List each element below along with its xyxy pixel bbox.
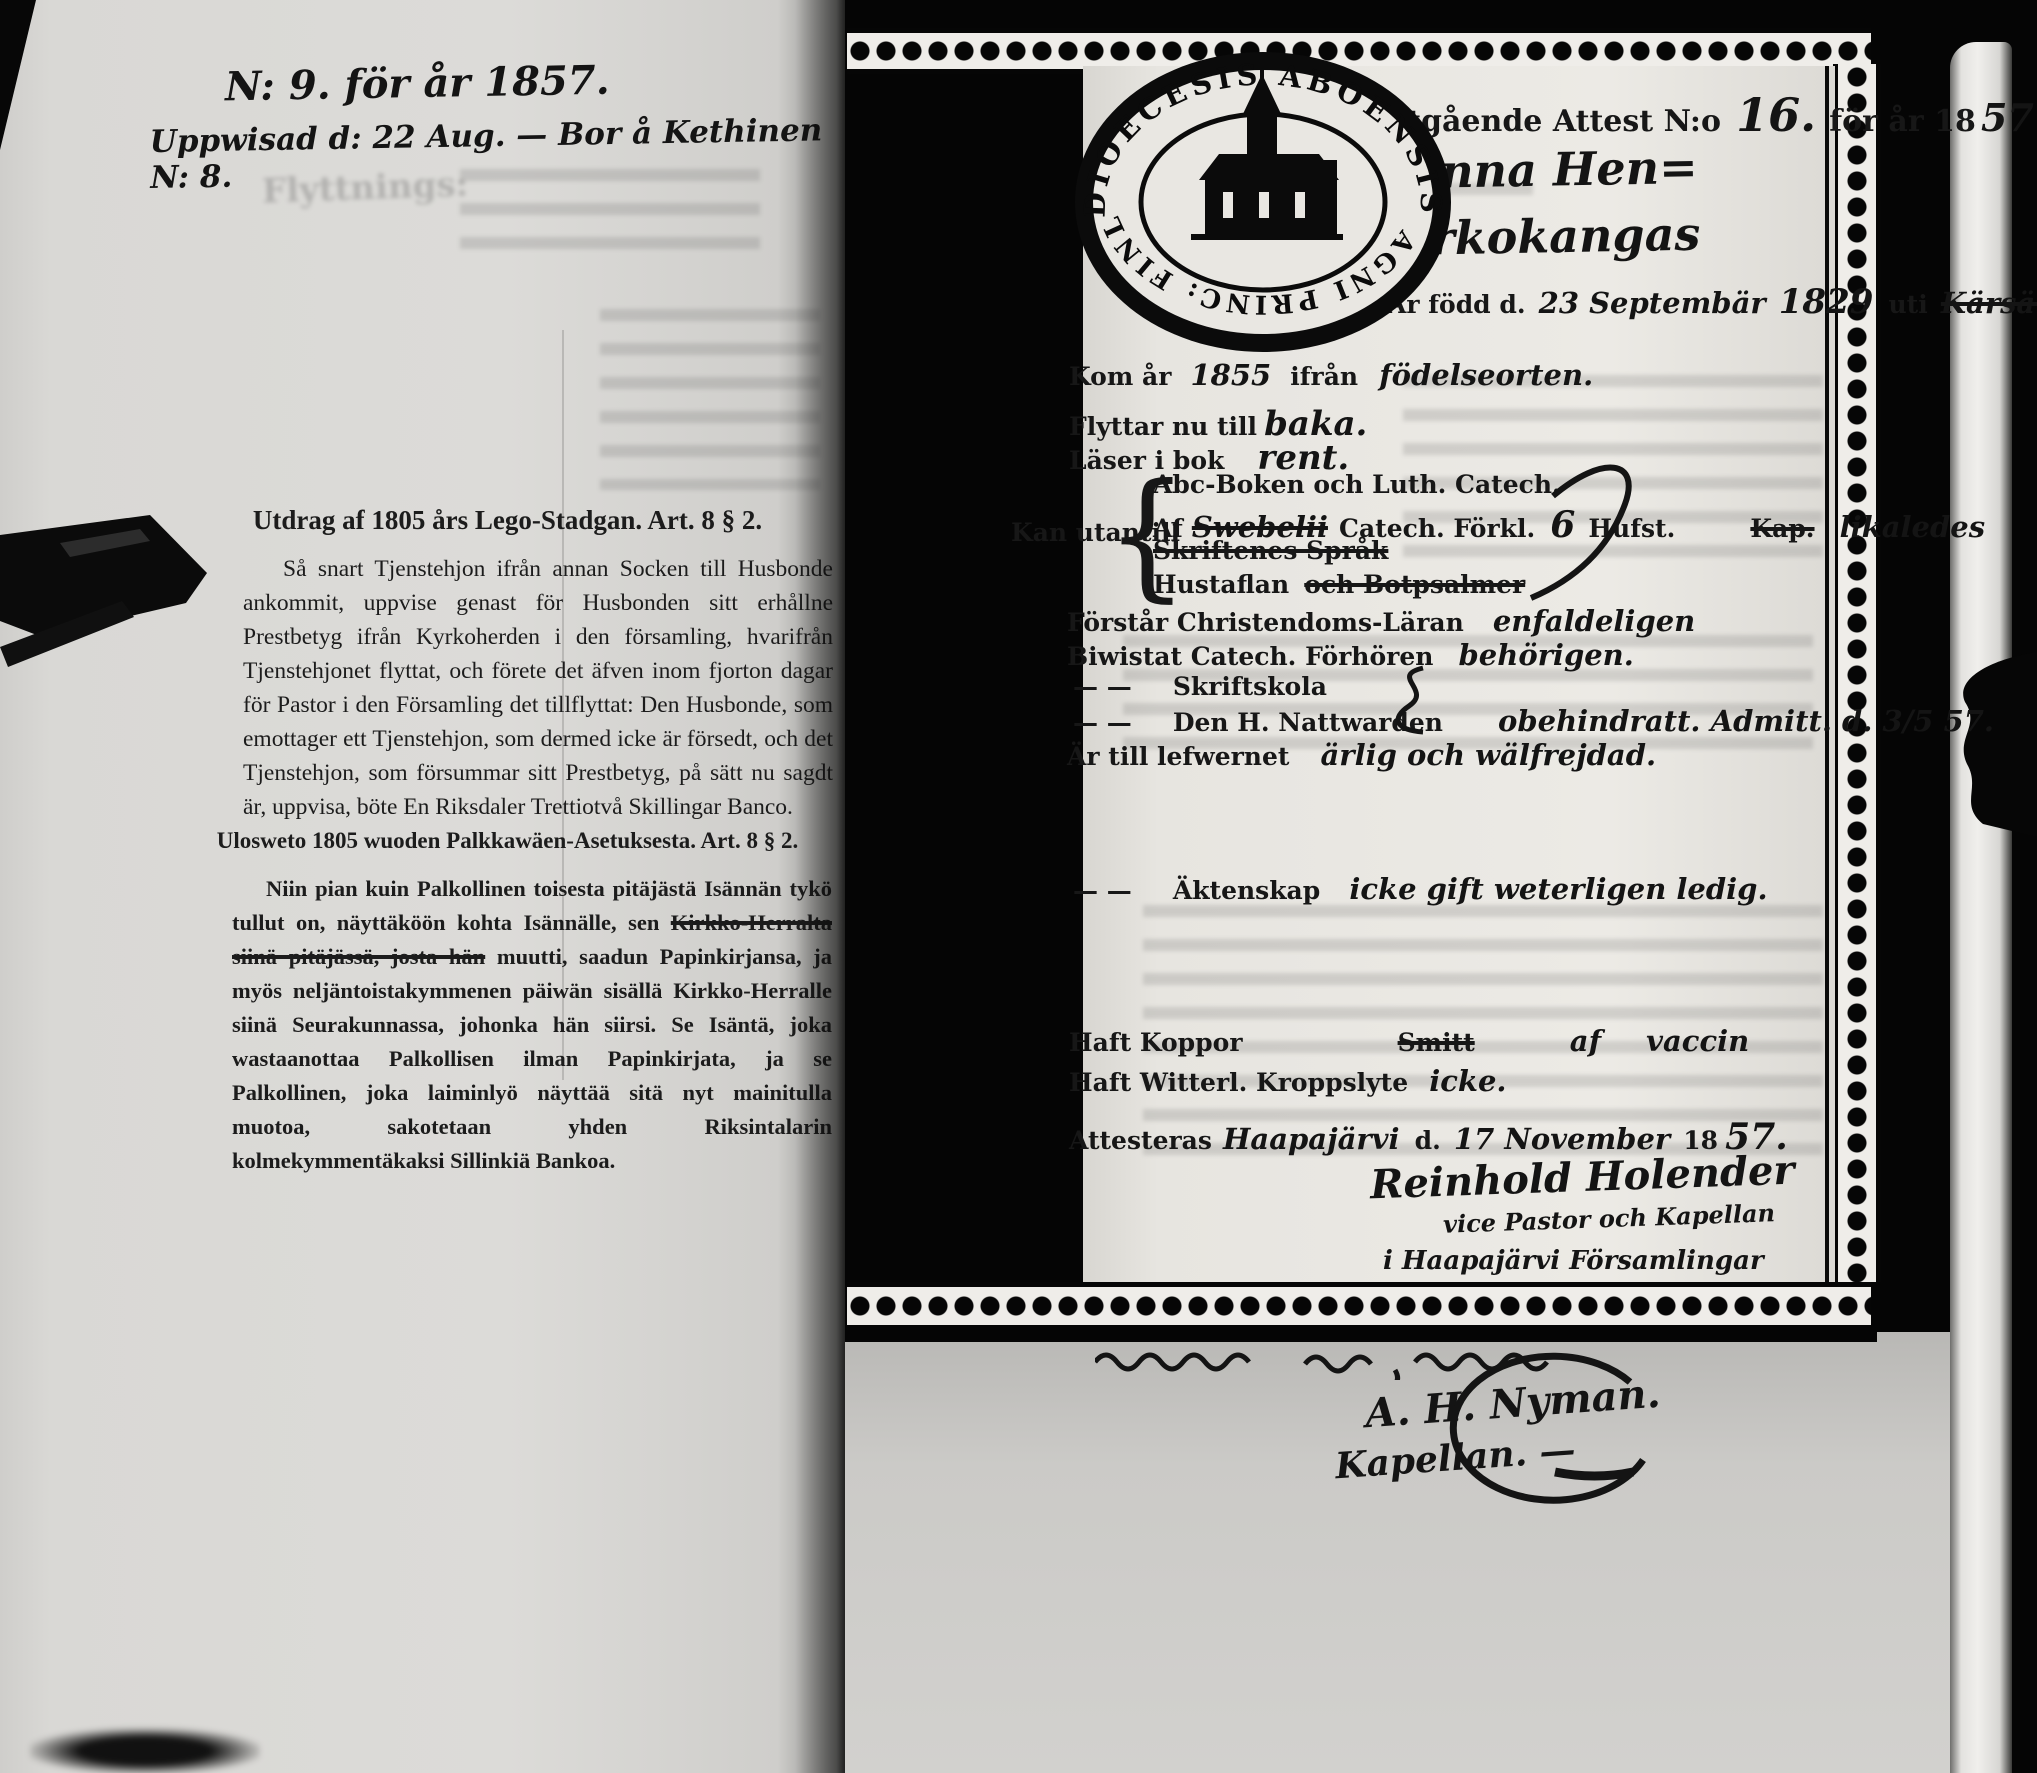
- item-printed: Abc-Boken och Luth. Catech.: [1153, 470, 1561, 499]
- row-value-handwritten: af: [1570, 1024, 1601, 1058]
- item-printed: Hustaflan: [1153, 570, 1289, 599]
- corner-shadow: [0, 0, 40, 155]
- bead-border-right: [1833, 64, 1881, 1282]
- row-printed-struck: Smitt: [1398, 1028, 1475, 1057]
- row-kroppslyte: Haft Witterl. Kroppslyte icke.: [1069, 1064, 1507, 1098]
- born-uti-label: uti: [1889, 290, 1928, 319]
- pastor-signature-title: vice Pastor och Kapellan: [1443, 1198, 1776, 1239]
- utantill-item: Abc-Boken och Luth. Catech.: [1153, 470, 1561, 499]
- finnish-paragraph: Niin pian kuin Palkollinen toisesta pitä…: [232, 872, 832, 1178]
- born-place-handwritten: Kärsämäki: [1941, 286, 2037, 320]
- row-label: Flyttar nu till: [1069, 412, 1257, 441]
- attest-place-handwritten: Haapajärvi: [1223, 1122, 1399, 1156]
- row-koppor: Haft Koppor Smitt af vaccin: [1069, 1024, 1749, 1058]
- item-note-handwritten: likaledes: [1840, 510, 1985, 544]
- row-skriftskola: — — Skriftskola: [1073, 672, 1327, 701]
- swedish-heading: Utdrag af 1805 års Lego-Stadgan. Art. 8 …: [185, 505, 830, 536]
- row-value-handwritten: 1855: [1190, 358, 1271, 392]
- row-label: Attesteras: [1069, 1126, 1212, 1155]
- document-scan: N: 9. för år 1857. Uppwisad d: 22 Aug. —…: [0, 0, 2037, 1773]
- row-value-handwritten: icke gift weterligen ledig.: [1349, 872, 1767, 906]
- attest-title: Utgående Attest N:o 16. för år 18 57.: [1381, 88, 2037, 142]
- finnish-text: muutti, saadun Papinkirjansa, ja myös ne…: [232, 944, 832, 1173]
- book-clip-shadow: [0, 515, 215, 685]
- row-label: Äktenskap: [1173, 876, 1320, 905]
- row-aktenskap: — — Äktenskap icke gift weterligen ledig…: [1073, 872, 1768, 906]
- left-page: N: 9. för år 1857. Uppwisad d: 22 Aug. —…: [0, 0, 845, 1773]
- row-label: ifrån: [1290, 362, 1358, 391]
- attest-title-printed: för år 18: [1829, 104, 1976, 139]
- born-date-handwritten: 23 Septembär: [1539, 286, 1766, 320]
- handwritten-flourish: [1513, 446, 1693, 626]
- bleedthrough-text: Flyttnings:: [261, 164, 468, 211]
- attest-year-handwritten: 57.: [1981, 95, 2037, 140]
- row-label: Haft Witterl. Kroppslyte: [1069, 1068, 1408, 1097]
- church-seal-icon: DIOECESIS ABOENSIS MAGNI PRINC: FINL:: [1063, 50, 1463, 360]
- finnish-heading: Ulosweto 1805 wuoden Palkkawäen-Asetukse…: [185, 828, 830, 854]
- signature-note: i Haapajärvi Församlingar: [1383, 1246, 1764, 1276]
- row-forstar: Förstår Christendoms-Läran enfaldeligen: [1067, 604, 1695, 638]
- row-value-handwritten: icke.: [1429, 1064, 1506, 1098]
- ink-smudge: [30, 1728, 260, 1773]
- row-label: Förstår Christendoms-Läran: [1067, 608, 1464, 637]
- attest-date-handwritten: 17 November: [1454, 1122, 1670, 1156]
- ditto-dashes: — —: [1073, 672, 1132, 701]
- under-page: A. H. Nyman. Kapellan. —: [845, 1332, 1952, 1773]
- row-value-handwritten: obehindratt. Admitt. d. 3/5 57.: [1498, 704, 1994, 738]
- row-lefwernet: Är till lefwernet ärlig och wälfrejdad.: [1067, 738, 1656, 772]
- bead-border-bottom: [847, 1282, 1871, 1330]
- hand-silhouette: [1955, 652, 2037, 837]
- row-value-handwritten: behörigen.: [1459, 638, 1634, 672]
- row-label: Skriftskola: [1173, 672, 1327, 701]
- gutter-shadow: [795, 0, 845, 1773]
- bleedthrough-smudge: [460, 160, 760, 270]
- row-value-handwritten: vaccin: [1646, 1024, 1749, 1058]
- ditto-dashes: — —: [1073, 876, 1132, 905]
- row-kom: Kom år 1855 ifrån födelseorten.: [1069, 358, 1593, 392]
- row-label: d.: [1415, 1126, 1441, 1155]
- row-label: Kom år: [1069, 362, 1171, 391]
- swedish-paragraph: Så snart Tjenstehjon ifrån annan Socken …: [243, 552, 833, 824]
- attest-number-handwritten: 16.: [1736, 88, 1816, 142]
- item-printed-struck: Kap.: [1750, 514, 1814, 543]
- born-row: År född d. 23 Septembär 1829 uti Kärsämä…: [1387, 282, 2037, 322]
- signature-flourish: [1405, 1352, 1665, 1532]
- ditto-dashes: — —: [1073, 708, 1132, 737]
- handwritten-flourish: [1379, 662, 1439, 742]
- item-printed-struck: och Botpsalmer: [1304, 570, 1525, 599]
- row-label: Haft Koppor: [1069, 1028, 1243, 1057]
- row-value-handwritten: födelseorten.: [1379, 358, 1593, 392]
- row-value-handwritten: enfaldeligen: [1493, 604, 1695, 638]
- bleedthrough-smudge: [600, 300, 820, 490]
- row-value-handwritten: ärlig och wälfrejdad.: [1321, 738, 1657, 772]
- item-printed-struck: Skriftenes Språk: [1153, 536, 1388, 565]
- utantill-item: Hustaflan och Botpsalmer: [1153, 570, 1525, 599]
- handwritten-number-line: N: 9. för år 1857.: [225, 57, 610, 111]
- utantill-item: Skriftenes Språk: [1153, 536, 1388, 565]
- certificate: Utgående Attest N:o 16. för år 18 57. Pi…: [845, 16, 1877, 1342]
- row-biwistat: Biwistat Catech. Förhören behörigen.: [1067, 638, 1634, 672]
- row-nattwarden: — — Den H. Nattwarden obehindratt. Admit…: [1073, 704, 1994, 738]
- inner-frame-line: [1825, 66, 1829, 1282]
- row-label: Är till lefwernet: [1067, 742, 1289, 771]
- born-year-handwritten: 1829: [1779, 282, 1874, 322]
